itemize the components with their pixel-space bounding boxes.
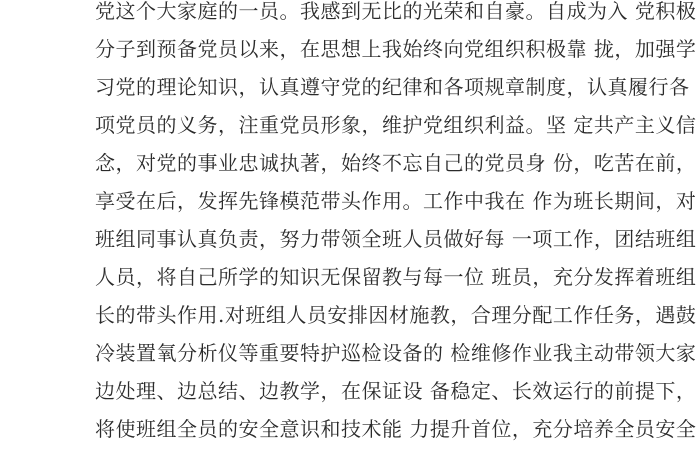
text-line: 项党员的义务，注重党员形象，维护党组织利益。坚 定共产主义信 (95, 110, 696, 140)
text-line: 党这个大家庭的一员。我感到无比的光荣和自豪。自成为入 党积极 (95, 0, 696, 26)
text-line: 冷装置氧分析仪等重要特护巡检设备的 检维修作业我主动带领大家 (95, 338, 696, 368)
text-line: 长的带头作用.对班组人员安排因材施教，合理分配工作任务，遇鼓 (95, 300, 696, 330)
text-line: 边处理、边总结、边教学，在保证设 备稳定、长效运行的前提下， (95, 376, 696, 406)
text-line: 人员，将自己所学的知识无保留教与每一位 班员，充分发挥着班组 (95, 262, 696, 292)
text-line: 将使班组全员的安全意识和技术能 力提升首位，充分培养全员安全 (95, 414, 696, 444)
text-line: 班组同事认真负责，努力带领全班人员做好每 一项工作，团结班组 (95, 224, 696, 254)
text-line: 享受在后，发挥先锋模范带头作用。工作中我在 作为班长期间，对 (95, 186, 696, 216)
text-line: 念，对党的事业忠诚执著，始终不忘自己的党员身 份，吃苦在前， (95, 148, 696, 178)
text-line: 分子到预备党员以来，在思想上我始终向党组织积极靠 拢，加强学 (95, 34, 696, 64)
document-page: 党这个大家庭的一员。我感到无比的光荣和自豪。自成为入 党积极 分子到预备党员以来… (0, 0, 700, 470)
text-line: 习党的理论知识，认真遵守党的纪律和各项规章制度，认真履行各 (95, 72, 690, 102)
